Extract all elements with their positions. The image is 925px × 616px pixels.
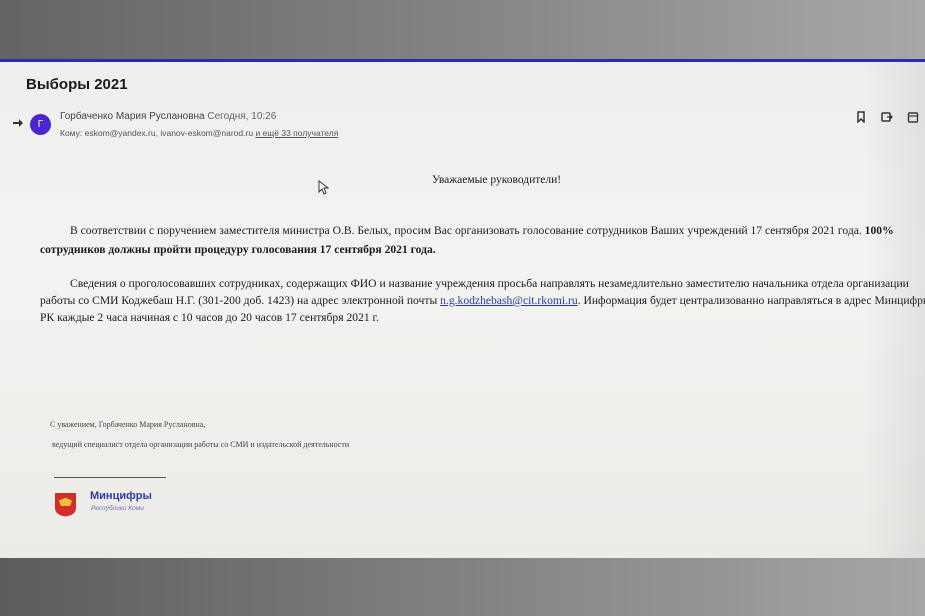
email-paragraph-2: Сведения о проголосовавших сотрудниках, … (40, 275, 925, 326)
recipients-list: eskom@yandex.ru, ivanov-eskom@narod.ru (85, 128, 253, 138)
signature-closing: С уважением, Горбаченко Мария Руслановна… (50, 420, 205, 429)
ministry-logo-subtitle: Республики Коми (91, 505, 144, 512)
forward-arrow-icon (13, 119, 23, 127)
email-greeting: Уважаемые руководители! (432, 174, 561, 186)
more-recipients-link[interactable]: и ещё 33 получателя (255, 128, 338, 138)
photo-background-top (0, 0, 925, 59)
email-actions (855, 110, 919, 122)
email-view: Выборы 2021 Г Горбаченко Мария Руслановн… (0, 59, 925, 558)
signature-divider (54, 477, 166, 478)
ministry-logo-title: Минцифры (90, 490, 152, 502)
mouse-cursor-icon (318, 180, 329, 195)
signature-position: ведущий специалист отдела организации ра… (52, 440, 349, 449)
contact-email-link[interactable]: n.g.kodzhebash@cit.rkomi.ru (440, 294, 578, 307)
forward-icon[interactable] (881, 110, 893, 122)
sender-avatar[interactable]: Г (30, 114, 51, 135)
email-paragraph-1: В соответствии с поручением заместителя … (40, 221, 925, 259)
photo-background-bottom (0, 558, 925, 616)
recipients-label: Кому: (60, 128, 82, 138)
sent-time: Сегодня, 10:26 (207, 111, 276, 122)
sender-name[interactable]: Горбаченко Мария Руслановна (60, 111, 205, 122)
sender-line: Горбаченко Мария Руслановна Сегодня, 10:… (60, 111, 276, 122)
paragraph-1-text: В соответствии с поручением заместителя … (70, 224, 865, 237)
coat-of-arms-icon (54, 492, 77, 517)
calendar-icon[interactable] (907, 110, 919, 122)
recipients-line: Кому: eskom@yandex.ru, ivanov-eskom@naro… (60, 128, 338, 138)
bookmark-icon[interactable] (855, 110, 867, 122)
email-subject: Выборы 2021 (26, 76, 128, 93)
